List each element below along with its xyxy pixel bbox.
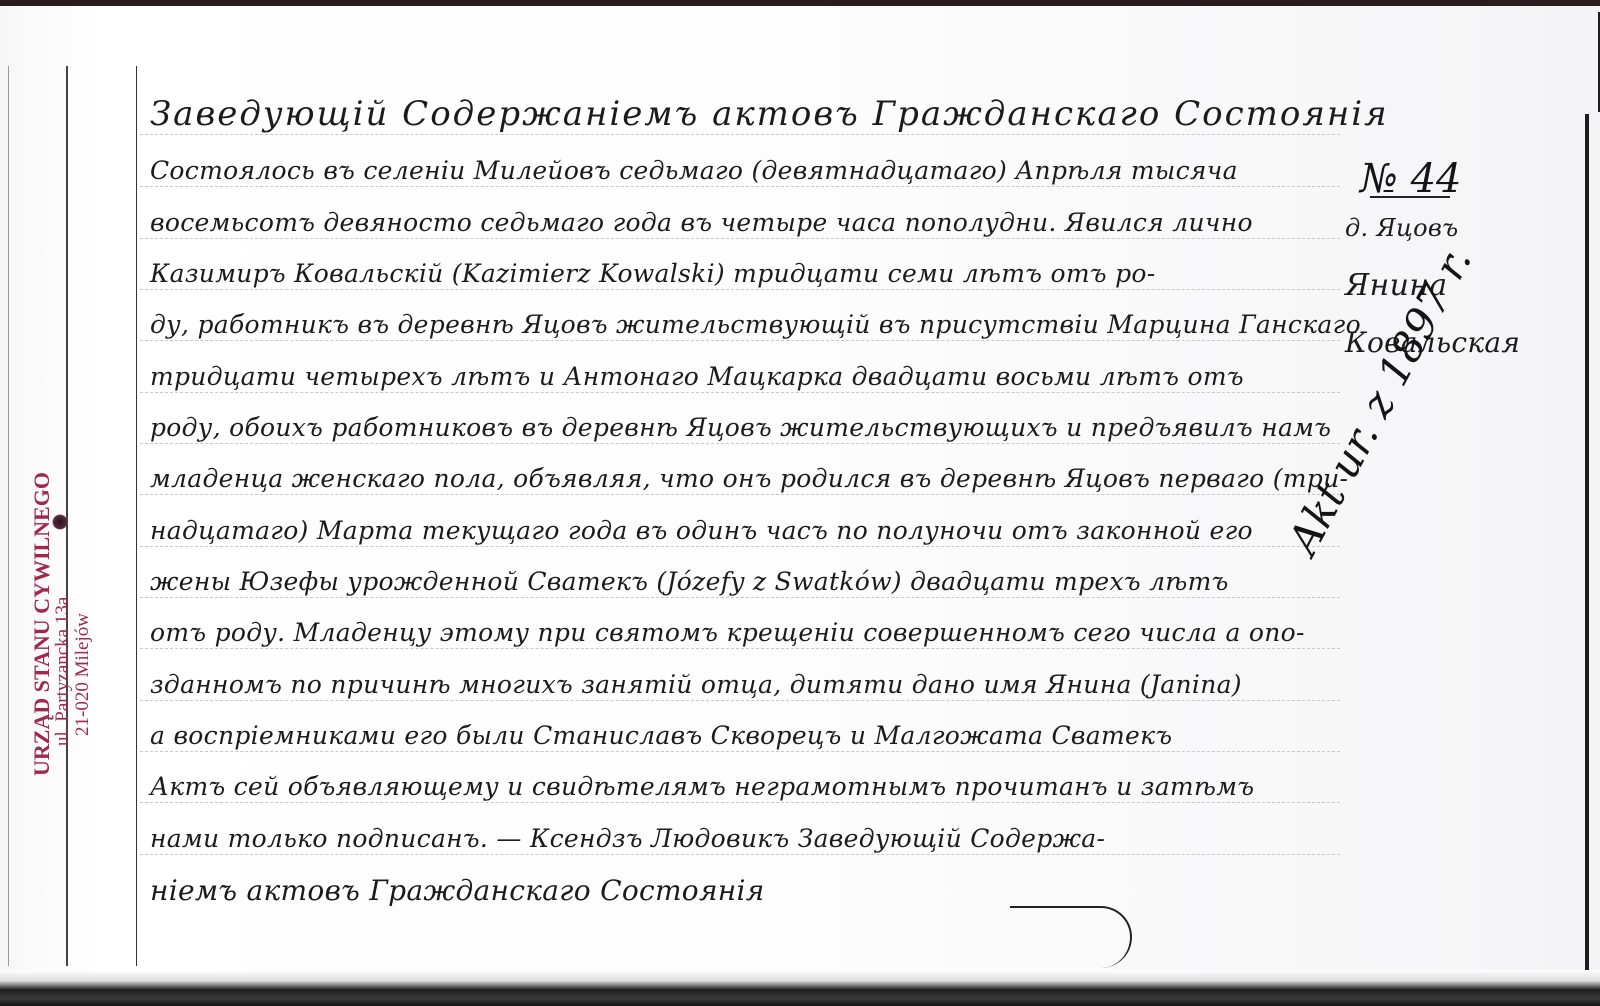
body-line: надцатаго) Марта текущаго года въ одинъ … xyxy=(150,516,1253,545)
ruled-line xyxy=(140,494,1340,495)
ruled-line xyxy=(140,340,1340,341)
stamp-office-name: URZĄD STANU CYWILNEGO xyxy=(30,472,53,776)
body-line: зданномъ по причинѣ многихъ занятій отца… xyxy=(150,670,1242,699)
ruled-line xyxy=(140,854,1340,855)
ruled-line xyxy=(140,546,1340,547)
body-line: ду, работникъ въ деревнѣ Яцовъ жительств… xyxy=(150,310,1361,339)
body-line: младенца женскаго пола, объявляя, что он… xyxy=(150,464,1348,493)
body-line: тридцати четырехъ лѣтъ и Антонаго Мацкар… xyxy=(150,362,1244,391)
scan-right-edge xyxy=(1585,114,1589,984)
stamp-postcode-city: 21-020 Milejów xyxy=(73,472,93,776)
body-line: отъ роду. Младенцу этому при святомъ кре… xyxy=(150,618,1305,647)
ruled-line xyxy=(140,134,1340,135)
ruled-line xyxy=(140,238,1340,239)
ruled-line xyxy=(140,802,1340,803)
ruled-line xyxy=(140,648,1340,649)
body-line: жены Юзефы урожденной Сватекъ (Józefy z … xyxy=(150,567,1229,596)
margin-village: д. Яцовъ xyxy=(1345,214,1458,242)
margin-rule xyxy=(136,66,137,966)
document-title: Заведующій Содержаніемъ актовъ Гражданск… xyxy=(150,94,1389,134)
registry-office-stamp: URZĄD STANU CYWILNEGO ul. Partyzancka 13… xyxy=(30,472,93,776)
body-line: роду, обоихъ работниковъ въ деревнѣ Яцов… xyxy=(150,413,1331,442)
body-line: Состоялось въ селеніи Милейовъ седьмаго … xyxy=(150,156,1238,185)
ruled-line xyxy=(140,289,1340,290)
body-line: восемьсотъ девяносто седьмаго года въ че… xyxy=(150,208,1253,237)
signature-line: нами только подписанъ. — Ксендзъ Людовик… xyxy=(150,824,1105,853)
ruled-line xyxy=(140,597,1340,598)
act-number-underline xyxy=(1370,196,1450,198)
ruled-line xyxy=(140,751,1340,752)
body-line: Актъ сей объявляющему и свидѣтелямъ негр… xyxy=(150,772,1254,801)
stamp-street: ul. Partyzancka 13a xyxy=(53,472,73,776)
signature-flourish xyxy=(1010,906,1132,968)
body-line: а воспріемниками его были Станиславъ Скв… xyxy=(150,721,1172,750)
body-line: Казимиръ Ковальскій (Kazimierz Kowalski)… xyxy=(150,259,1155,288)
ruled-line xyxy=(140,700,1340,701)
ruled-line xyxy=(140,186,1340,187)
signature-line: ніемъ актовъ Гражданскаго Состоянія xyxy=(150,874,765,907)
scan-bottom-edge xyxy=(0,970,1600,1006)
ruled-line xyxy=(140,443,1340,444)
margin-rule xyxy=(8,66,9,966)
ruled-line xyxy=(140,392,1340,393)
document-page: Заведующій Содержаніемъ актовъ Гражданск… xyxy=(0,6,1600,1006)
